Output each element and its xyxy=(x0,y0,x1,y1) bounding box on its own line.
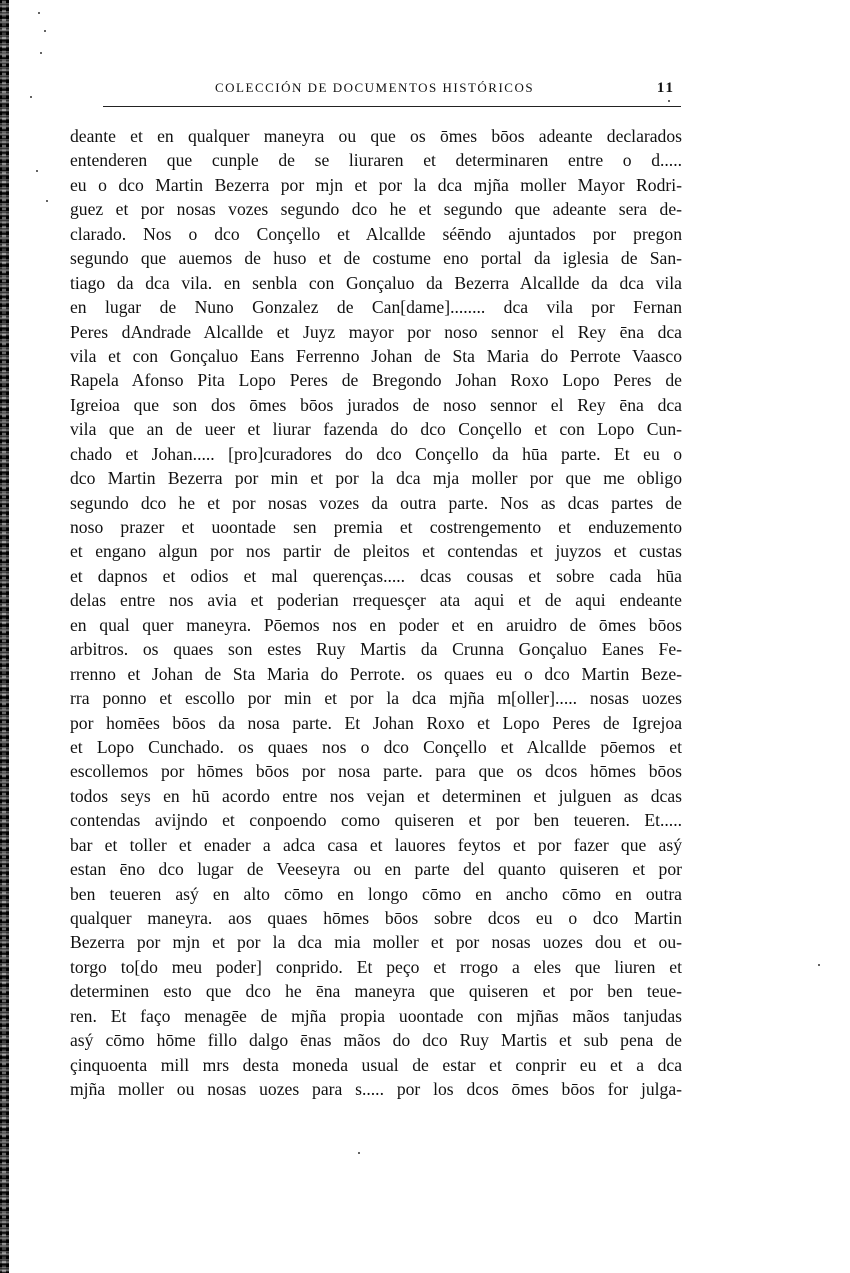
text-line: vila et con Gonçaluo Eans Ferrenno Johan… xyxy=(70,344,682,368)
text-line: por homēes bōos da nosa parte. Et Johan … xyxy=(70,711,682,735)
text-line: Rapela Afonso Pita Lopo Peres de Bregond… xyxy=(70,368,682,392)
scan-speck xyxy=(30,96,32,98)
text-line: chado et Johan..... [pro]curadores do dc… xyxy=(70,442,682,466)
text-line: ren. Et faço menagēe de mjña propia uoon… xyxy=(70,1004,682,1028)
text-line: todos seys en hū acordo entre nos vejan … xyxy=(70,784,682,808)
text-line: en lugar de Nuno Gonzalez de Can[dame]..… xyxy=(70,295,682,319)
text-line: torgo to[do meu poder] conprido. Et peço… xyxy=(70,955,682,979)
scan-speck xyxy=(44,30,46,32)
page-number: 11 xyxy=(657,80,675,97)
running-title: Colección de documentos históricos xyxy=(215,80,534,96)
text-line: segundo que auemos de huso et de costume… xyxy=(70,246,682,270)
text-line: rra ponno et escollo por min et por la d… xyxy=(70,686,682,710)
scan-speck xyxy=(668,100,670,102)
page-header: Colección de documentos históricos 11 xyxy=(103,78,681,108)
text-line: rrenno et Johan de Sta Maria do Perrote.… xyxy=(70,662,682,686)
scan-speck xyxy=(358,1152,360,1154)
text-line: çinquoenta mill mrs desta moneda usual d… xyxy=(70,1053,682,1077)
text-line: bar et toller et enader a adca casa et l… xyxy=(70,833,682,857)
text-line: noso prazer et uoontade sen premia et co… xyxy=(70,515,682,539)
document-body: deante et en qualquer maneyra ou que os … xyxy=(70,124,682,1102)
text-line: ben teueren asý en alto cōmo en longo cō… xyxy=(70,882,682,906)
text-line: determinen esto que dco he ēna maneyra q… xyxy=(70,979,682,1003)
text-line: contendas avijndo et conpoendo como quis… xyxy=(70,808,682,832)
text-line: arbitros. os quaes son estes Ruy Martis … xyxy=(70,637,682,661)
text-line: Bezerra por mjn et por la dca mia moller… xyxy=(70,930,682,954)
text-line: Peres dAndrade Alcallde et Juyz mayor po… xyxy=(70,320,682,344)
text-line: estan ēno dco lugar de Veeseyra ou en pa… xyxy=(70,857,682,881)
text-line: et Lopo Cunchado. os quaes nos o dco Con… xyxy=(70,735,682,759)
scan-speck xyxy=(818,964,820,966)
scan-speck xyxy=(36,170,38,172)
scan-speck xyxy=(40,52,42,54)
text-line: et engano algun por nos partir de pleito… xyxy=(70,539,682,563)
text-line: vila que an de ueer et liurar fazenda do… xyxy=(70,417,682,441)
text-line: asý cōmo hōme fillo dalgo ēnas mãos do d… xyxy=(70,1028,682,1052)
text-line: qualquer maneyra. aos quaes hōmes bōos s… xyxy=(70,906,682,930)
scan-speck xyxy=(46,200,48,202)
text-line: et dapnos et odios et mal querenças.....… xyxy=(70,564,682,588)
text-line: tiago da dca vila. en senbla con Gonçalu… xyxy=(70,271,682,295)
text-line: Igreioa que son dos ōmes bōos jurados de… xyxy=(70,393,682,417)
text-line: en qual quer maneyra. Pōemos nos en pode… xyxy=(70,613,682,637)
text-line: escollemos por hōmes bōos por nosa parte… xyxy=(70,759,682,783)
scanned-binding-edge xyxy=(0,0,9,1273)
text-line: mjña moller ou nosas uozes para s..... p… xyxy=(70,1077,682,1101)
text-line: dco Martin Bezerra por min et por la dca… xyxy=(70,466,682,490)
header-rule xyxy=(103,106,681,107)
text-line: guez et por nosas vozes segundo dco he e… xyxy=(70,197,682,221)
text-line: entenderen que cunple de se liuraren et … xyxy=(70,148,682,172)
text-line: deante et en qualquer maneyra ou que os … xyxy=(70,124,682,148)
text-line: segundo dco he et por nosas vozes da out… xyxy=(70,491,682,515)
text-line: eu o dco Martin Bezerra por mjn et por l… xyxy=(70,173,682,197)
text-line: delas entre nos avia et poderian rreques… xyxy=(70,588,682,612)
scan-speck xyxy=(38,12,40,14)
text-line: clarado. Nos o dco Conçello et Alcallde … xyxy=(70,222,682,246)
